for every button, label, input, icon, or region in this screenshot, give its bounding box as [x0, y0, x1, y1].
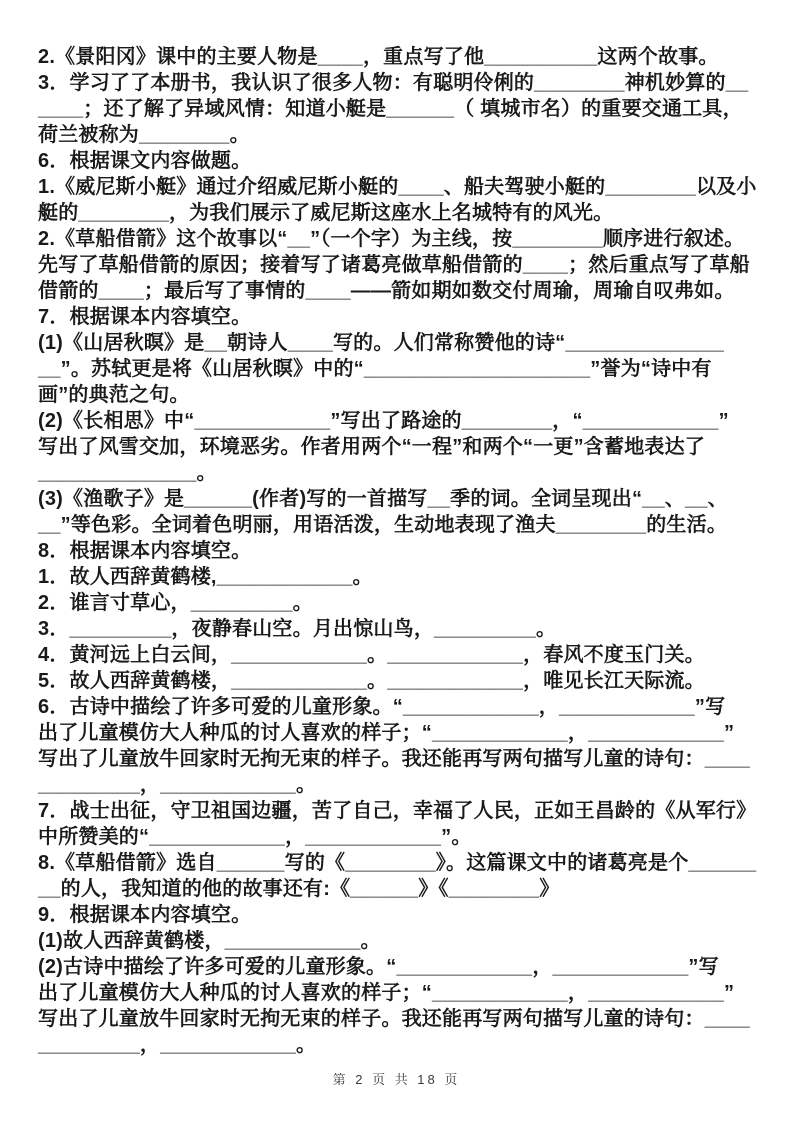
text-line: 5．故人西辞黄鹤楼，____________。____________，唯见长江…	[38, 668, 771, 694]
text-line: 先写了草船借箭的原因；接着写了诸葛亮做草船借箭的____；然后重点写了草船	[38, 252, 771, 278]
text-line: ______________。	[38, 460, 771, 486]
text-line: __的人，我知道的他的故事还有:《______》《________》	[38, 876, 771, 902]
text-line: _________，____________。	[38, 1032, 771, 1058]
text-line: 7．战士出征，守卫祖国边疆，苦了自己，幸福了人民，正如王昌龄的《从军行》	[38, 798, 771, 824]
text-line: __”等色彩。全词着色明丽，用语活泼，生动地表现了渔夫________的生活。	[38, 512, 771, 538]
text-line: 8.《草船借箭》选自______写的《________》。这篇课文中的诸葛亮是个…	[38, 850, 771, 876]
worksheet-page: 2.《景阳冈》课中的主要人物是____，重点写了他__________这两个故事…	[0, 0, 793, 1122]
text-line: 写出了风雪交加，环境恶劣。作者用两个“一程”和两个“一更”含蓄地表达了	[38, 434, 771, 460]
text-line: 2.《景阳冈》课中的主要人物是____，重点写了他__________这两个故事…	[38, 44, 771, 70]
text-line: _________，____________。	[38, 772, 771, 798]
text-line: 3．_________，夜静春山空。月出惊山鸟，_________。	[38, 616, 771, 642]
text-line: (1)故人西辞黄鹤楼，____________。	[38, 928, 771, 954]
page-footer: 第 2 页 共 18 页	[0, 1069, 793, 1088]
text-line: ____；还了解了异域风情：知道小艇是______（ 填城市名）的重要交通工具，	[38, 96, 771, 122]
text-line: 艇的________，为我们展示了威尼斯这座水上名城特有的风光。	[38, 200, 771, 226]
text-line: 出了儿童模仿大人种瓜的讨人喜欢的样子；“____________，_______…	[38, 720, 771, 746]
text-line: 写出了儿童放牛回家时无拘无束的样子。我还能再写两句描写儿童的诗句：____	[38, 746, 771, 772]
text-line: 3．学习了了本册书，我认识了很多人物：有聪明伶俐的________神机妙算的__	[38, 70, 771, 96]
text-line: 写出了儿童放牛回家时无拘无束的样子。我还能再写两句描写儿童的诗句：____	[38, 1006, 771, 1032]
text-line: (3)《渔歌子》是______(作者)写的一首描写__季的词。全词呈现出“__、…	[38, 486, 771, 512]
text-line: 6．古诗中描绘了许多可爱的儿童形象。“____________，________…	[38, 694, 771, 720]
text-line: 借箭的____；最后写了事情的____——箭如期如数交付周瑜，周瑜自叹弗如。	[38, 278, 771, 304]
text-line: 4．黄河远上白云间，____________。____________，春风不度…	[38, 642, 771, 668]
text-line: 画”的典范之句。	[38, 382, 771, 408]
worksheet-body: 2.《景阳冈》课中的主要人物是____，重点写了他__________这两个故事…	[38, 44, 771, 1058]
text-line: 9．根据课本内容填空。	[38, 902, 771, 928]
text-line: 出了儿童模仿大人种瓜的讨人喜欢的样子；“____________，_______…	[38, 980, 771, 1006]
text-line: 中所赞美的“____________，____________”。	[38, 824, 771, 850]
text-line: 7．根据课本内容填空。	[38, 304, 771, 330]
text-line: 8．根据课本内容填空。	[38, 538, 771, 564]
text-line: 1．故人西辞黄鹤楼,____________。	[38, 564, 771, 590]
text-line: 荷兰被称为________。	[38, 122, 771, 148]
text-line: 6．根据课文内容做题。	[38, 148, 771, 174]
text-line: (1)《山居秋暝》是__朝诗人____写的。人们常称赞他的诗“_________…	[38, 330, 771, 356]
text-line: 2．谁言寸草心，_________。	[38, 590, 771, 616]
text-line: 2.《草船借箭》这个故事以“__”（一个字）为主线，按________顺序进行叙…	[38, 226, 771, 252]
text-line: (2)古诗中描绘了许多可爱的儿童形象。“____________，_______…	[38, 954, 771, 980]
text-line: __”。苏轼更是将《山居秋暝》中的“____________________”誉…	[38, 356, 771, 382]
text-line: (2)《长相思》中“____________”写出了路途的________，“_…	[38, 408, 771, 434]
text-line: 1.《威尼斯小艇》通过介绍威尼斯小艇的____、船夫驾驶小艇的________以…	[38, 174, 771, 200]
